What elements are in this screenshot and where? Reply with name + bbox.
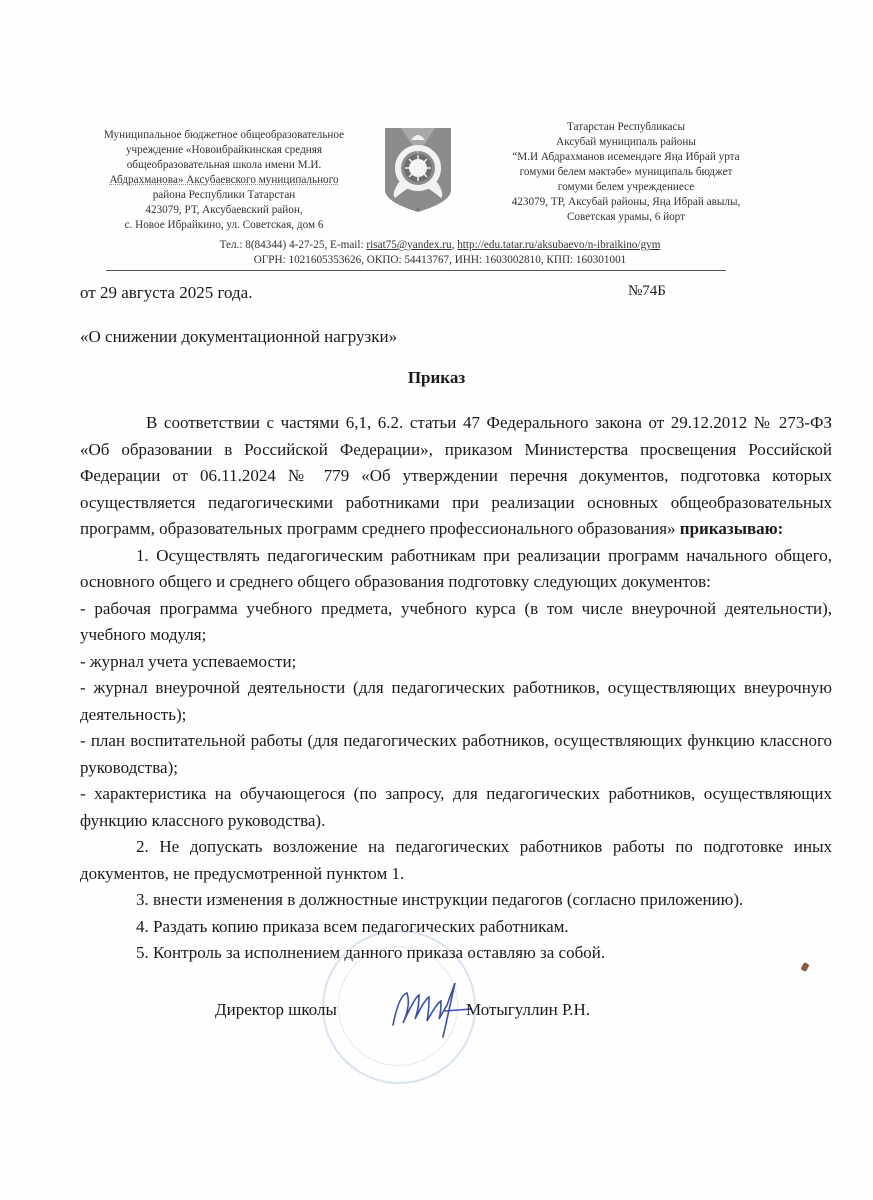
signature-name: Мотыгуллин Р.Н. [466, 1000, 590, 1020]
header-line: Советская урамы, 6 йорт [476, 210, 776, 225]
doc-item: - рабочая программа учебного предмета, у… [80, 596, 832, 649]
item-2: 2. Не допускать возложение на педагогиче… [80, 834, 832, 887]
header-line: гомуми белем мәктәбе» муниципаль бюджет [476, 165, 776, 180]
header-line: Муниципальное бюджетное общеобразователь… [78, 128, 370, 143]
header-right-tatar: Татарстан Республикасы Аксубай муниципал… [476, 120, 776, 225]
phone-text: Тел.: 8(84344) 4-27-25, E-mail: [220, 239, 367, 251]
document-page: Муниципальное бюджетное общеобразователь… [0, 0, 873, 1200]
header-line: общеобразовательная школа имени М.И. [78, 158, 370, 173]
preamble-directive: приказываю: [680, 519, 784, 538]
header-line: 423079, ТР, Аксубай районы, Яңа Ибрай ав… [476, 195, 776, 210]
website-link[interactable]: http://edu.tatar.ru/aksubaevo/n-ibraikin… [457, 239, 660, 251]
handwritten-signature-icon [385, 975, 475, 1045]
preamble: В соответствии с частями 6,1, 6.2. стать… [80, 410, 832, 543]
order-title: Приказ [0, 368, 873, 388]
item-5: 5. Контроль за исполнением данного прика… [80, 940, 832, 967]
header-line: “М.И Абдрахманов исемендәге Яңа Ибрай ур… [476, 150, 776, 165]
header-line: Абдрахманова» Аксубаевского муниципально… [78, 173, 370, 188]
header-line: района Республики Татарстан [78, 188, 370, 203]
contacts-block: Тел.: 8(84344) 4-27-25, E-mail: risat75@… [100, 238, 780, 268]
doc-item: - характеристика на обучающегося (по зап… [80, 781, 832, 834]
order-body: В соответствии с частями 6,1, 6.2. стать… [80, 410, 832, 967]
doc-item: - журнал внеурочной деятельности (для пе… [80, 675, 832, 728]
contact-line: Тел.: 8(84344) 4-27-25, E-mail: risat75@… [100, 238, 780, 253]
header-line: учреждение «Новоибрайкинская средняя [78, 143, 370, 158]
header-left-russian: Муниципальное бюджетное общеобразователь… [78, 128, 370, 233]
header-line: Татарстан Республикасы [476, 120, 776, 135]
header-line: гомуми белем учреждениесе [476, 180, 776, 195]
coat-of-arms-emblem-icon [381, 124, 455, 214]
item-1: 1. Осуществлять педагогическим работника… [80, 543, 832, 596]
item-4: 4. Раздать копию приказа всем педагогиче… [80, 914, 832, 941]
email-link[interactable]: risat75@yandex.ru [366, 239, 451, 251]
doc-item: - журнал учета успеваемости; [80, 649, 832, 676]
item-3: 3. внести изменения в должностные инстру… [80, 887, 832, 914]
doc-item: - план воспитательной работы (для педаго… [80, 728, 832, 781]
order-date: от 29 августа 2025 года. [80, 283, 252, 303]
header-divider [106, 270, 726, 271]
signature-position: Директор школы [215, 1000, 337, 1020]
order-subject: «О снижении документационной нагрузки» [80, 327, 397, 347]
header-line: 423079, РТ, Аксубаевский район, [78, 203, 370, 218]
registry-line: ОГРН: 1021605353626, ОКПО: 54413767, ИНН… [100, 253, 780, 268]
order-number: №74Б [628, 283, 666, 300]
header-line: Аксубай муниципаль районы [476, 135, 776, 150]
header-line: с. Новое Ибрайкино, ул. Советская, дом 6 [78, 218, 370, 233]
